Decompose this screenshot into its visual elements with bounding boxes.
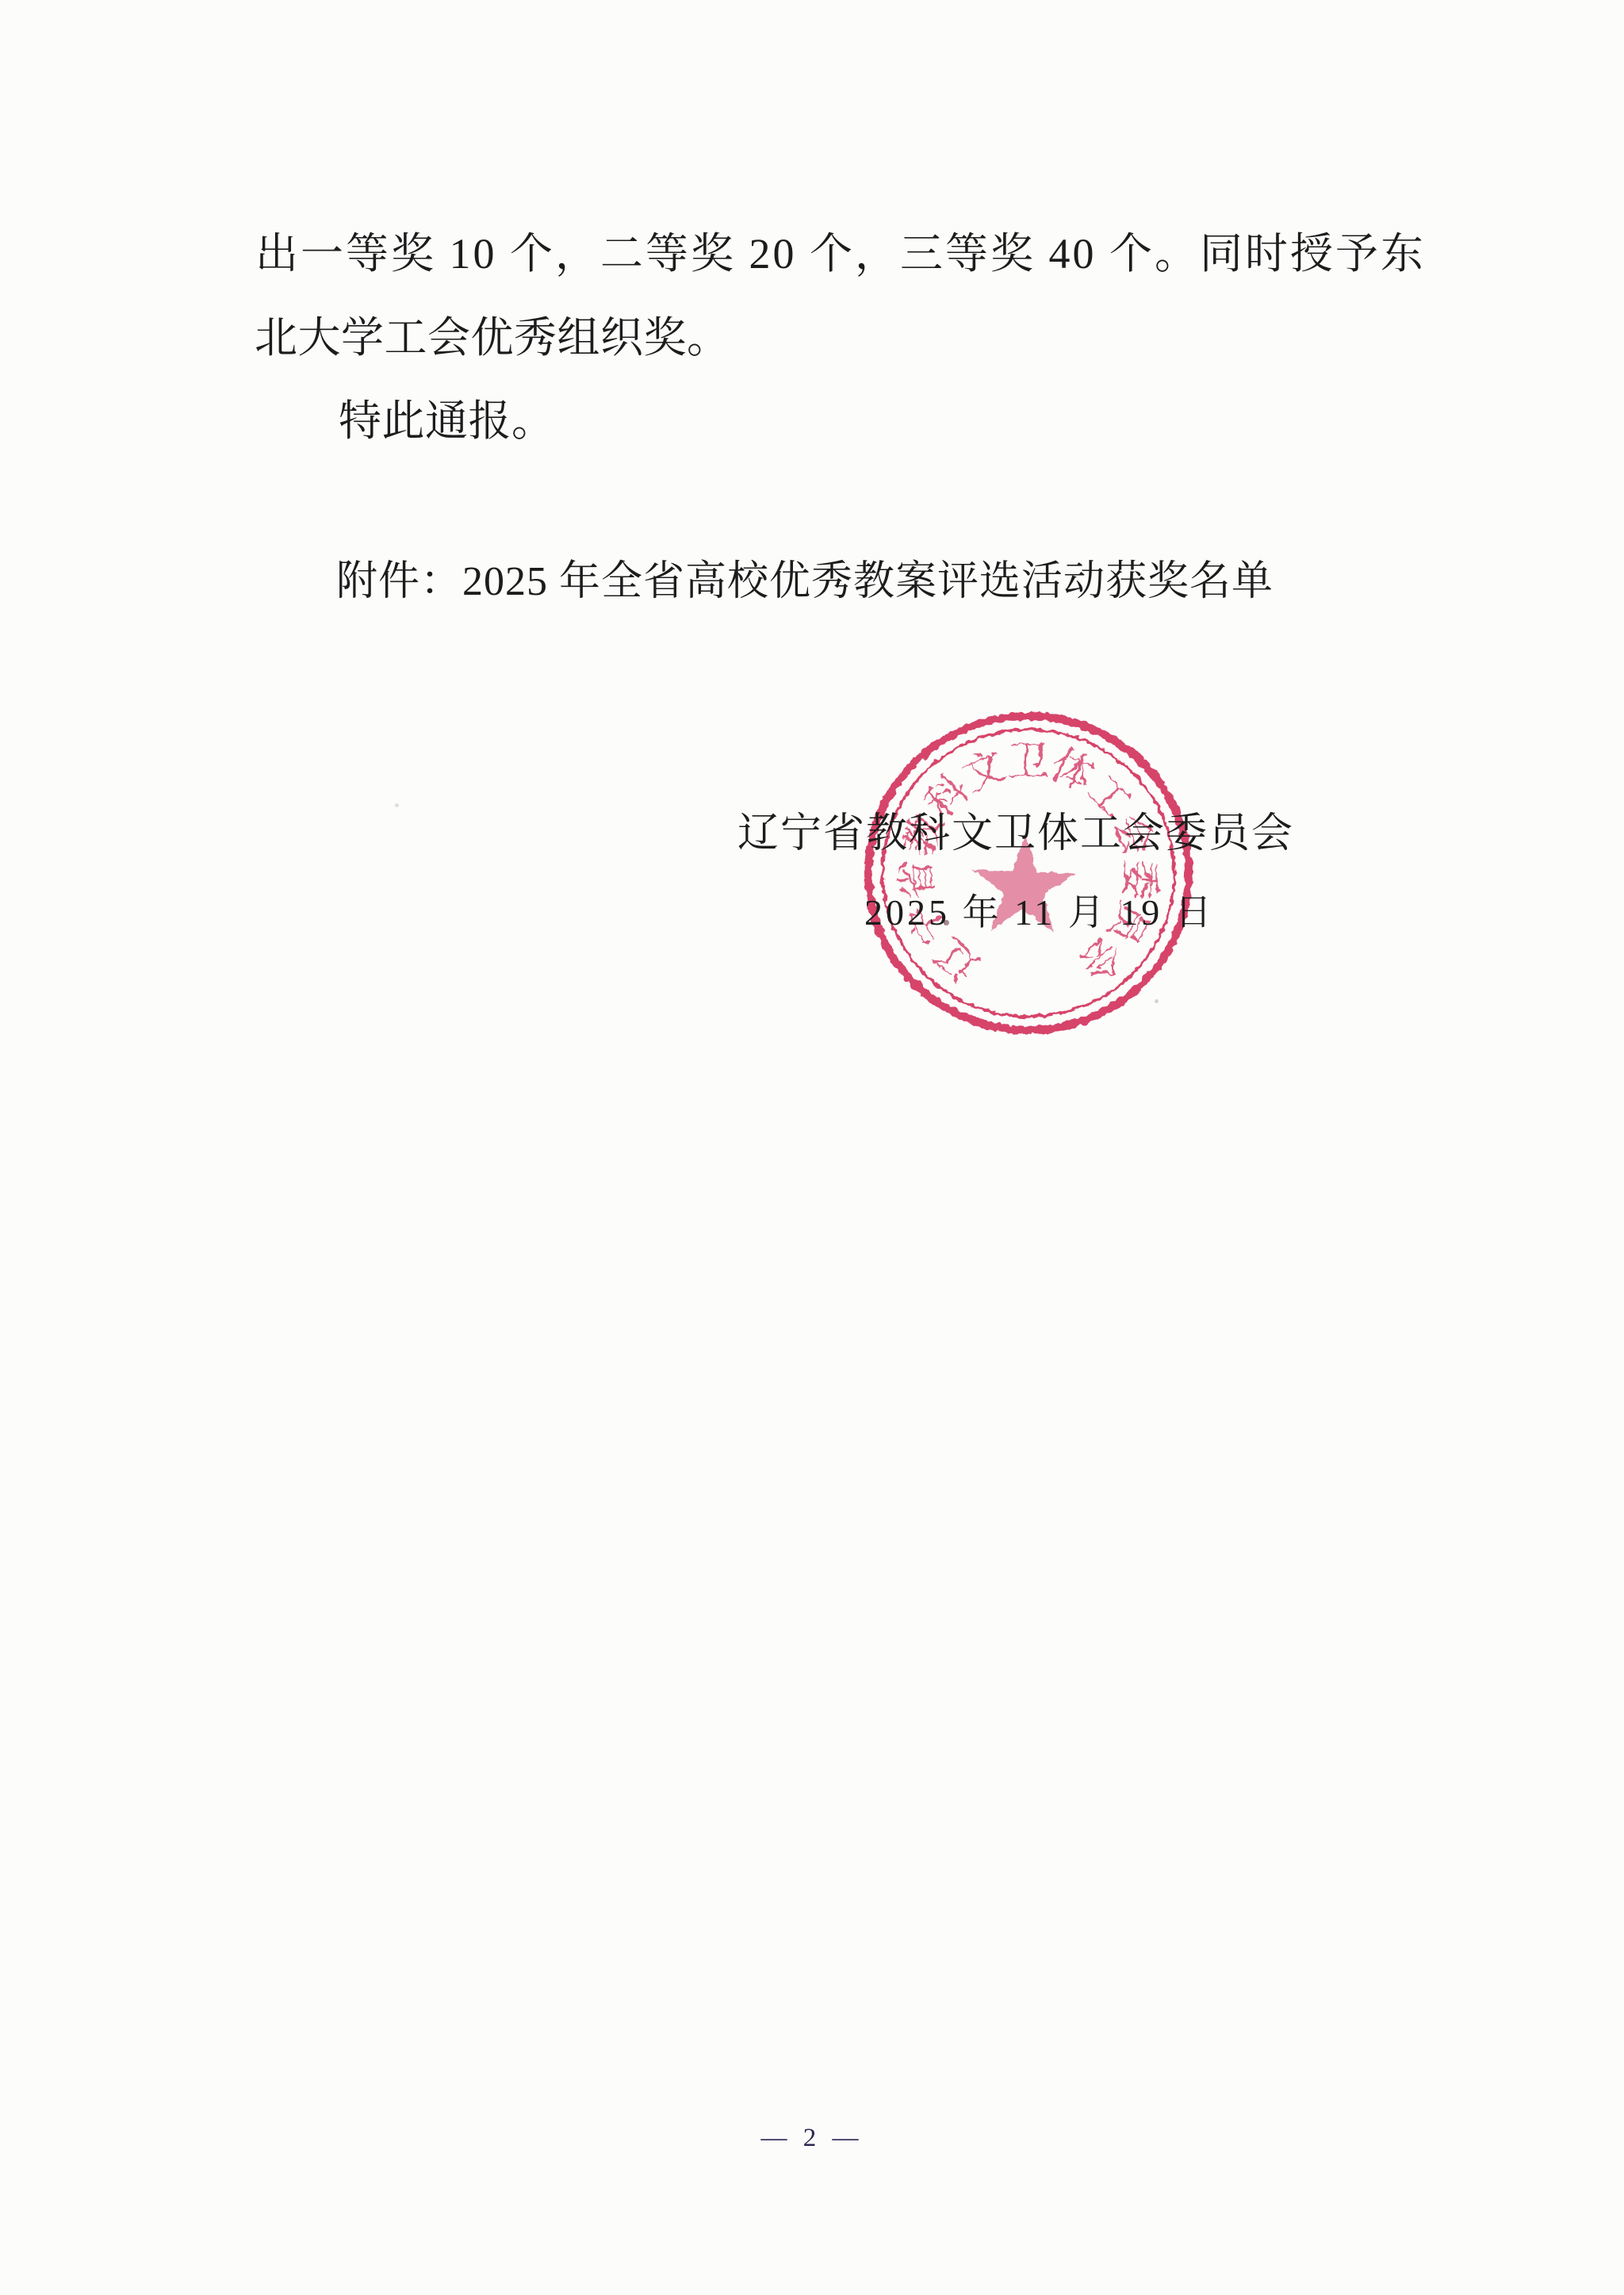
body-line-3: 特此通报。: [339, 400, 555, 443]
signature-date: 2025 年 11 月 19 日: [864, 895, 1215, 931]
body-line-1: 出一等奖 10 个，二等奖 20 个，三等奖 40 个。同时授予东: [255, 232, 1426, 275]
seal-inner-ring: [883, 730, 1174, 1017]
seal-arc-char: 文: [957, 742, 1013, 800]
document-page: 出一等奖 10 个，二等奖 20 个，三等奖 40 个。同时授予东 北大学工会优…: [0, 0, 1624, 2295]
seal-arc-char: 体: [1044, 742, 1100, 800]
signature-organization: 辽宁省教科文卫体工会委员会: [737, 814, 1294, 855]
seal-outer-ring: [868, 716, 1189, 1030]
seal-arc-char: 辽: [927, 927, 987, 988]
scan-speck: [1155, 999, 1159, 1003]
seal-arc-text: 辽宁省教科文卫体工会委员会: [894, 740, 1162, 988]
page-number: — 2 —: [0, 2125, 1624, 2151]
seal-arc-char: 会: [1069, 927, 1129, 988]
scan-speck: [944, 920, 949, 925]
scan-speck: [395, 803, 399, 807]
body-line-2: 北大学工会优秀组织奖。: [255, 316, 730, 359]
seal-arc-char: 卫: [1008, 740, 1049, 785]
official-red-seal: 辽宁省教科文卫体工会委员会: [858, 707, 1199, 1039]
attachment-line: 附件：2025 年全省高校优秀教案评选活动获奖名单: [336, 561, 1274, 603]
